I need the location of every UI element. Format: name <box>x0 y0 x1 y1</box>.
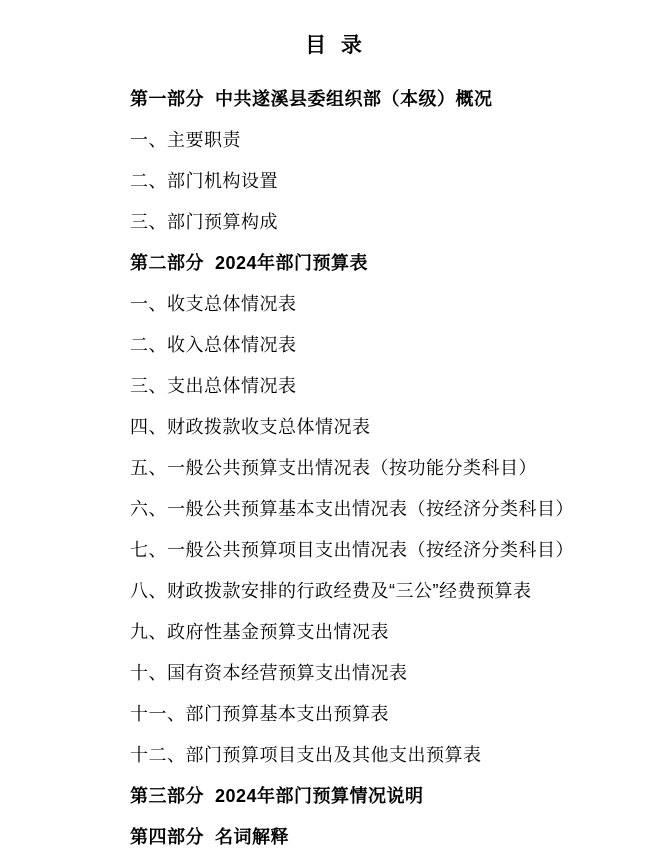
toc-item: 十二、部门预算项目支出及其他支出预算表 <box>0 733 668 774</box>
toc-section-heading: 第二部分 2024年部门预算表 <box>0 241 668 282</box>
toc-item: 七、一般公共预算项目支出情况表（按经济分类科目） <box>0 528 668 569</box>
toc-item: 九、政府性基金预算支出情况表 <box>0 610 668 651</box>
document-page: 目 录 第一部分 中共遂溪县委组织部（本级）概况 一、主要职责 二、部门机构设置… <box>0 0 668 858</box>
toc-item: 一、主要职责 <box>0 118 668 159</box>
toc-item: 二、部门机构设置 <box>0 159 668 200</box>
toc-item: 三、部门预算构成 <box>0 200 668 241</box>
toc-item: 二、收入总体情况表 <box>0 323 668 364</box>
toc-item: 十、国有资本经营预算支出情况表 <box>0 651 668 692</box>
toc-item: 一、收支总体情况表 <box>0 282 668 323</box>
toc-section-heading: 第三部分 2024年部门预算情况说明 <box>0 774 668 815</box>
toc-item: 三、支出总体情况表 <box>0 364 668 405</box>
toc-item: 十一、部门预算基本支出预算表 <box>0 692 668 733</box>
toc-item: 四、财政拨款收支总体情况表 <box>0 405 668 446</box>
toc-section-heading: 第一部分 中共遂溪县委组织部（本级）概况 <box>0 77 668 118</box>
toc-item: 六、一般公共预算基本支出情况表（按经济分类科目） <box>0 487 668 528</box>
toc-item: 五、一般公共预算支出情况表（按功能分类科目） <box>0 446 668 487</box>
toc-section-heading: 第四部分 名词解释 <box>0 815 668 856</box>
table-of-contents: 第一部分 中共遂溪县委组织部（本级）概况 一、主要职责 二、部门机构设置 三、部… <box>0 77 668 856</box>
page-title: 目 录 <box>0 0 668 59</box>
toc-item: 八、财政拨款安排的行政经费及“三公”经费预算表 <box>0 569 668 610</box>
